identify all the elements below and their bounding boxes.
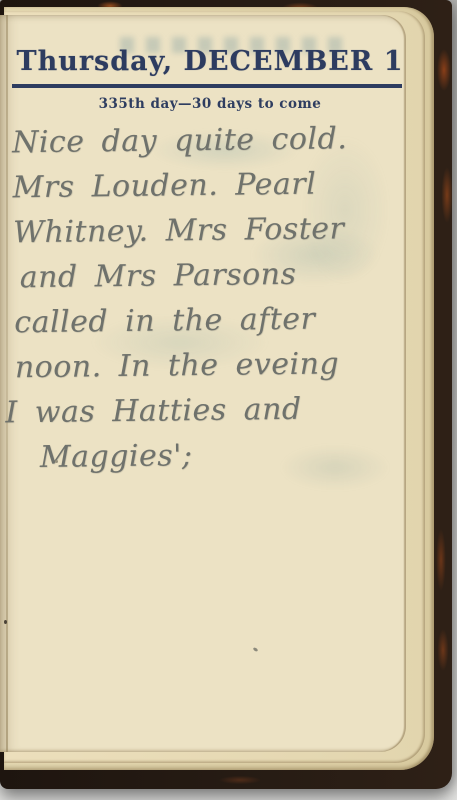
- handwritten-line: Mrs Louden. Pearl: [0, 161, 405, 211]
- handwritten-line: called in the after: [0, 296, 406, 346]
- day-count-subtitle: 335th day—30 days to come: [7, 96, 406, 112]
- handwritten-line: Nice day quite cold.: [0, 116, 404, 166]
- paper-speck: [55, 460, 58, 463]
- diary-page: Thursday, DECEMBER 1 335th day—30 days t…: [0, 15, 406, 752]
- diary-scan: Thursday, DECEMBER 1 335th day—30 days t…: [0, 0, 457, 800]
- handwritten-line: Maggies';: [2, 431, 406, 481]
- pencil-speck: [253, 647, 259, 652]
- handwritten-line: noon. In the eveing: [1, 341, 406, 391]
- double-rule-divider: [12, 84, 402, 88]
- handwritten-line: I was Hatties and: [1, 386, 406, 436]
- handwritten-entry: Nice day quite cold. Mrs Louden. Pearl W…: [0, 116, 406, 481]
- handwritten-line: Whitney. Mrs Foster: [0, 206, 405, 256]
- edge-speck: [4, 620, 7, 624]
- handwritten-line: and Mrs Parsons: [0, 251, 406, 301]
- printed-page-header: Thursday, DECEMBER 1 335th day—30 days t…: [7, 15, 406, 112]
- date-title: Thursday, DECEMBER 1: [7, 46, 406, 77]
